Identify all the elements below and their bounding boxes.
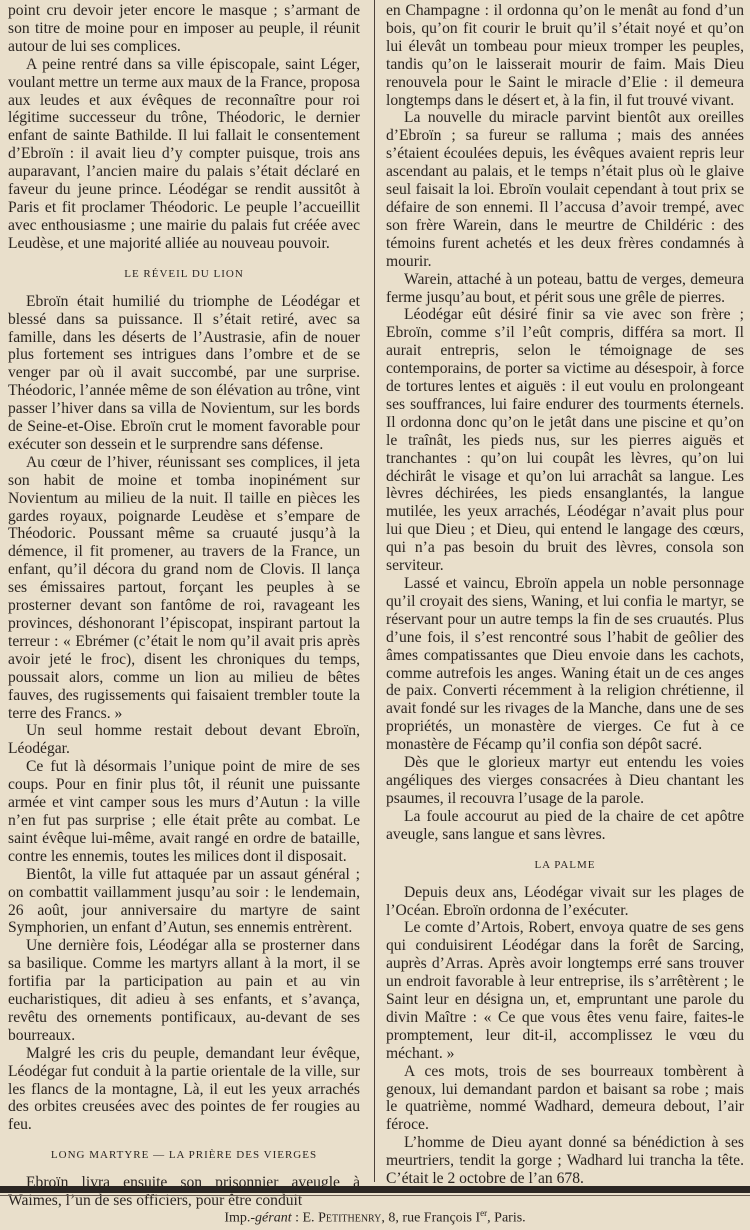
paragraph: Lassé et vaincu, Ebroïn appela un noble … [386,575,744,754]
paragraph: Depuis deux ans, Léodégar vivait sur les… [386,884,744,920]
paragraph: Bientôt, la ville fut attaquée par un as… [8,866,360,938]
imprint-separator: : E. [292,1211,318,1226]
paragraph: Un seul homme restait debout devant Ebro… [8,722,360,758]
right-column: en Champagne : il ordonna qu’on le menât… [386,2,744,1188]
paragraph: A peine rentré dans sa ville épiscopale,… [8,56,360,253]
imprint-role: gérant [255,1211,292,1226]
left-column: point cru devoir jeter encore le masque … [8,2,360,1210]
footer-thick-rule [0,1186,750,1193]
paragraph: Léodégar eût désiré finir sa vie avec so… [386,306,744,575]
paragraph: en Champagne : il ordonna qu’on le menât… [386,2,744,109]
newspaper-page: point cru devoir jeter encore le masque … [0,0,750,1230]
paragraph: Le comte d’Artois, Robert, envoya quatre… [386,919,744,1062]
imprint-prefix: Imp.- [224,1211,255,1226]
paragraph: Dès que le glorieux martyr eut entendu l… [386,754,744,808]
paragraph: A ces mots, trois de ses bourreaux tombè… [386,1063,744,1135]
paragraph: Malgré les cris du peuple, demandant leu… [8,1045,360,1135]
paragraph: Ebroïn était humilié du triomphe de Léod… [8,293,360,454]
column-divider [374,0,375,1182]
paragraph: Au cœur de l’hiver, réunissant ses compl… [8,454,360,723]
paragraph: Une dernière fois, Léodégar alla se pros… [8,937,360,1044]
section-heading: LONG MARTYRE — LA PRIÈRE DES VIERGES [8,1148,360,1162]
paragraph: L’homme de Dieu ayant donné sa bénédicti… [386,1134,744,1188]
section-heading: LA PALME [386,858,744,872]
section-heading: LE RÉVEIL DU LION [8,267,360,281]
imprint-address: , 8, rue François I [381,1211,480,1226]
printer-imprint: Imp.-gérant : E. Petithenry, 8, rue Fran… [0,1204,750,1228]
paragraph: Ce fut là désormais l’unique point de mi… [8,758,360,865]
paragraph: La nouvelle du miracle parvint bientôt a… [386,109,744,270]
imprint-city: , Paris. [487,1211,526,1226]
paragraph: La foule accourut au pied de la chaire d… [386,808,744,844]
footer-thin-rule [0,1195,750,1196]
paragraph: Warein, attaché à un poteau, battu de ve… [386,271,744,307]
imprint-printer-name: Petithenry [318,1211,381,1226]
paragraph: point cru devoir jeter encore le masque … [8,2,360,56]
